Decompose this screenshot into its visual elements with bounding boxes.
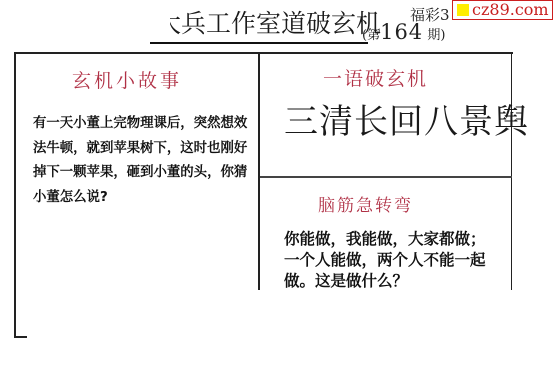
story-line: 掉下一颗苹果，砸到小董的头，你猜 [33,161,255,186]
brain-teaser-line: 你能做，我能做，大家都做； [284,228,486,249]
story-text: 有一天小董上完物理课后，突然想效 法牛顿，就到苹果树下，这时也刚好 掉下一颗苹果… [33,112,255,210]
issue-suffix: 期) [427,28,445,43]
frame-left-border [14,52,16,338]
site-watermark-text: cz89.com [472,1,549,19]
brain-teaser-line: 做。这是做什么？ [284,270,486,291]
story-line: 有一天小董上完物理课后，突然想效 [33,112,255,137]
story-line: 小董怎么说? [33,186,255,211]
riddle-answer: 三清长回八景舆 [284,101,529,143]
story-heading: 玄机小故事 [72,66,182,93]
issue-number-value: 164 [380,20,423,44]
yellow-square-icon [457,4,469,16]
page-title-text: 大兵工作室道破玄机 [170,8,390,40]
story-line: 法牛顿，就到苹果树下，这时也刚好 [33,137,255,162]
brain-teaser-line: 一个人能做，两个人不能一起 [284,249,486,270]
issue-number: (第164 期) [362,20,445,44]
page-title: 大兵工作室道破玄机 [170,8,390,40]
title-underline [150,42,368,44]
issue-prefix: (第 [362,28,380,43]
frame-bottom-stub [14,336,27,338]
riddle-heading: 一语破玄机 [323,64,428,91]
frame-right-border [511,52,512,290]
section-divider [260,176,512,178]
frame-top-border [14,52,513,54]
column-divider [258,52,260,290]
brain-teaser-text: 你能做，我能做，大家都做； 一个人能做，两个人不能一起 做。这是做什么？ [284,228,486,291]
site-watermark-badge[interactable]: cz89.com [452,0,553,20]
brain-teaser-heading: 脑筋急转弯 [318,191,413,216]
